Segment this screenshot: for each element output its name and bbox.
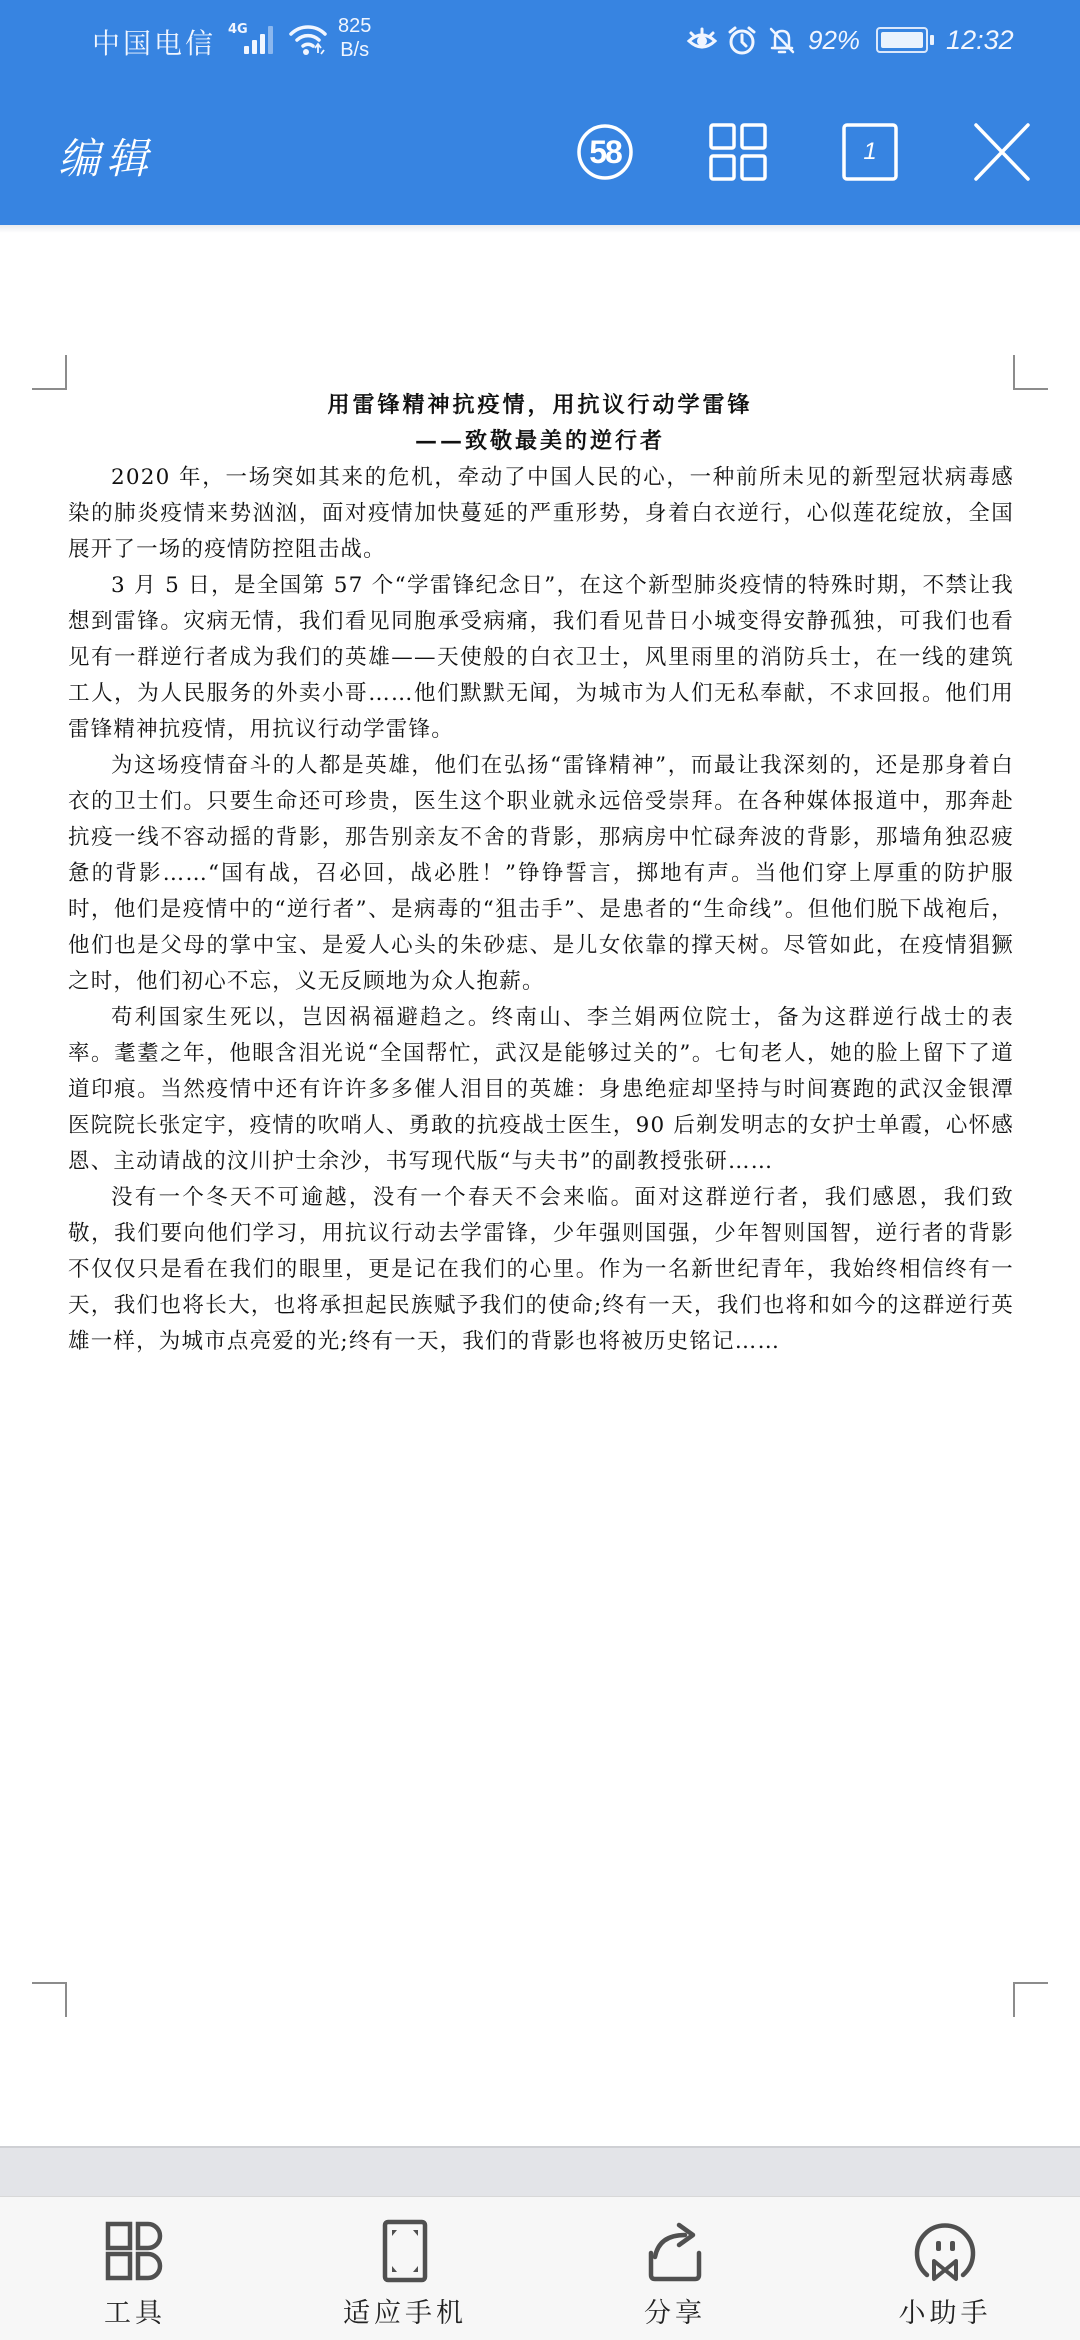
close-button[interactable] [970,120,1034,184]
assistant-button[interactable]: 小助手 [845,2197,1045,2340]
tools-button[interactable]: 工具 [35,2197,235,2340]
signal-icon [244,26,276,54]
tools-label: 工具 [35,2291,235,2330]
carrier-name: 中国电信 [92,22,216,62]
assistant-label: 小助手 [845,2291,1045,2330]
battery-icon [876,27,928,53]
share-icon [643,2219,707,2283]
speed-unit: B/s [338,38,371,62]
page-corner-top-left [32,355,67,390]
badge-count: 58 [573,120,637,184]
status-bar: 中国电信 4G 825 B/s [0,0,1080,80]
fit-phone-icon [373,2219,437,2283]
paragraph-5: 没有一个冬天不可逾越，没有一个春天不会来临。面对这群逆行者，我们感恩，我们致敬，… [68,1180,1014,1360]
wifi-icon [288,22,328,56]
paragraph-4: 苟利国家生死以，岂因祸福避趋之。终南山、李兰娟两位院士，备为这群逆行战士的表率。… [68,1000,1014,1180]
page-corner-bottom-left [32,1982,67,2017]
clock: 12:32 [946,25,1014,56]
badge-58-button[interactable]: 58 [573,120,637,184]
bell-off-icon [766,24,798,56]
top-bar: 中国电信 4G 825 B/s [0,0,1080,225]
eye-comfort-icon [686,24,718,56]
app-bar: 编辑 58 1 [0,96,1080,212]
document-page[interactable]: 用雷锋精神抗疫情，用抗议行动学雷锋 ——致敬最美的逆行者 2020 年，一场突如… [0,225,1080,2146]
edit-button[interactable]: 编辑 [58,126,154,186]
bottom-toolbar: 工具 适应手机 分享 小助手 [0,2196,1080,2340]
document-title: 用雷锋精神抗疫情，用抗议行动学雷锋 [0,388,1080,419]
speed-value: 825 [338,14,371,38]
alarm-icon [726,24,758,56]
app-bar-shadow [0,225,1080,233]
status-icons: 92% 12:32 [686,22,1014,58]
grid-view-button[interactable] [706,120,770,184]
paragraph-1: 2020 年，一场突如其来的危机，牵动了中国人民的心，一种前所未见的新型冠状病毒… [68,460,1014,568]
assistant-icon [913,2219,977,2283]
page-corner-bottom-right [1013,1982,1048,2017]
battery-percent: 92% [808,25,860,56]
share-label: 分享 [575,2291,775,2330]
share-button[interactable]: 分享 [575,2197,775,2340]
page-number: 1 [838,120,902,184]
page-corner-top-right [1013,355,1048,390]
page-gap [0,2146,1080,2196]
network-speed: 825 B/s [338,14,371,62]
fit-phone-label: 适应手机 [305,2291,505,2330]
page-number-button[interactable]: 1 [838,120,902,184]
paragraph-3: 为这场疫情奋斗的人都是英雄，他们在弘扬“雷锋精神”，而最让我深刻的，还是那身着白… [68,748,1014,1000]
close-icon [970,120,1034,184]
tools-icon [103,2219,167,2283]
fit-phone-button[interactable]: 适应手机 [305,2197,505,2340]
paragraph-2: 3 月 5 日，是全国第 57 个“学雷锋纪念日”，在这个新型肺炎疫情的特殊时期… [68,568,1014,748]
grid-icon [706,120,770,184]
document-subtitle: ——致敬最美的逆行者 [0,424,1080,455]
